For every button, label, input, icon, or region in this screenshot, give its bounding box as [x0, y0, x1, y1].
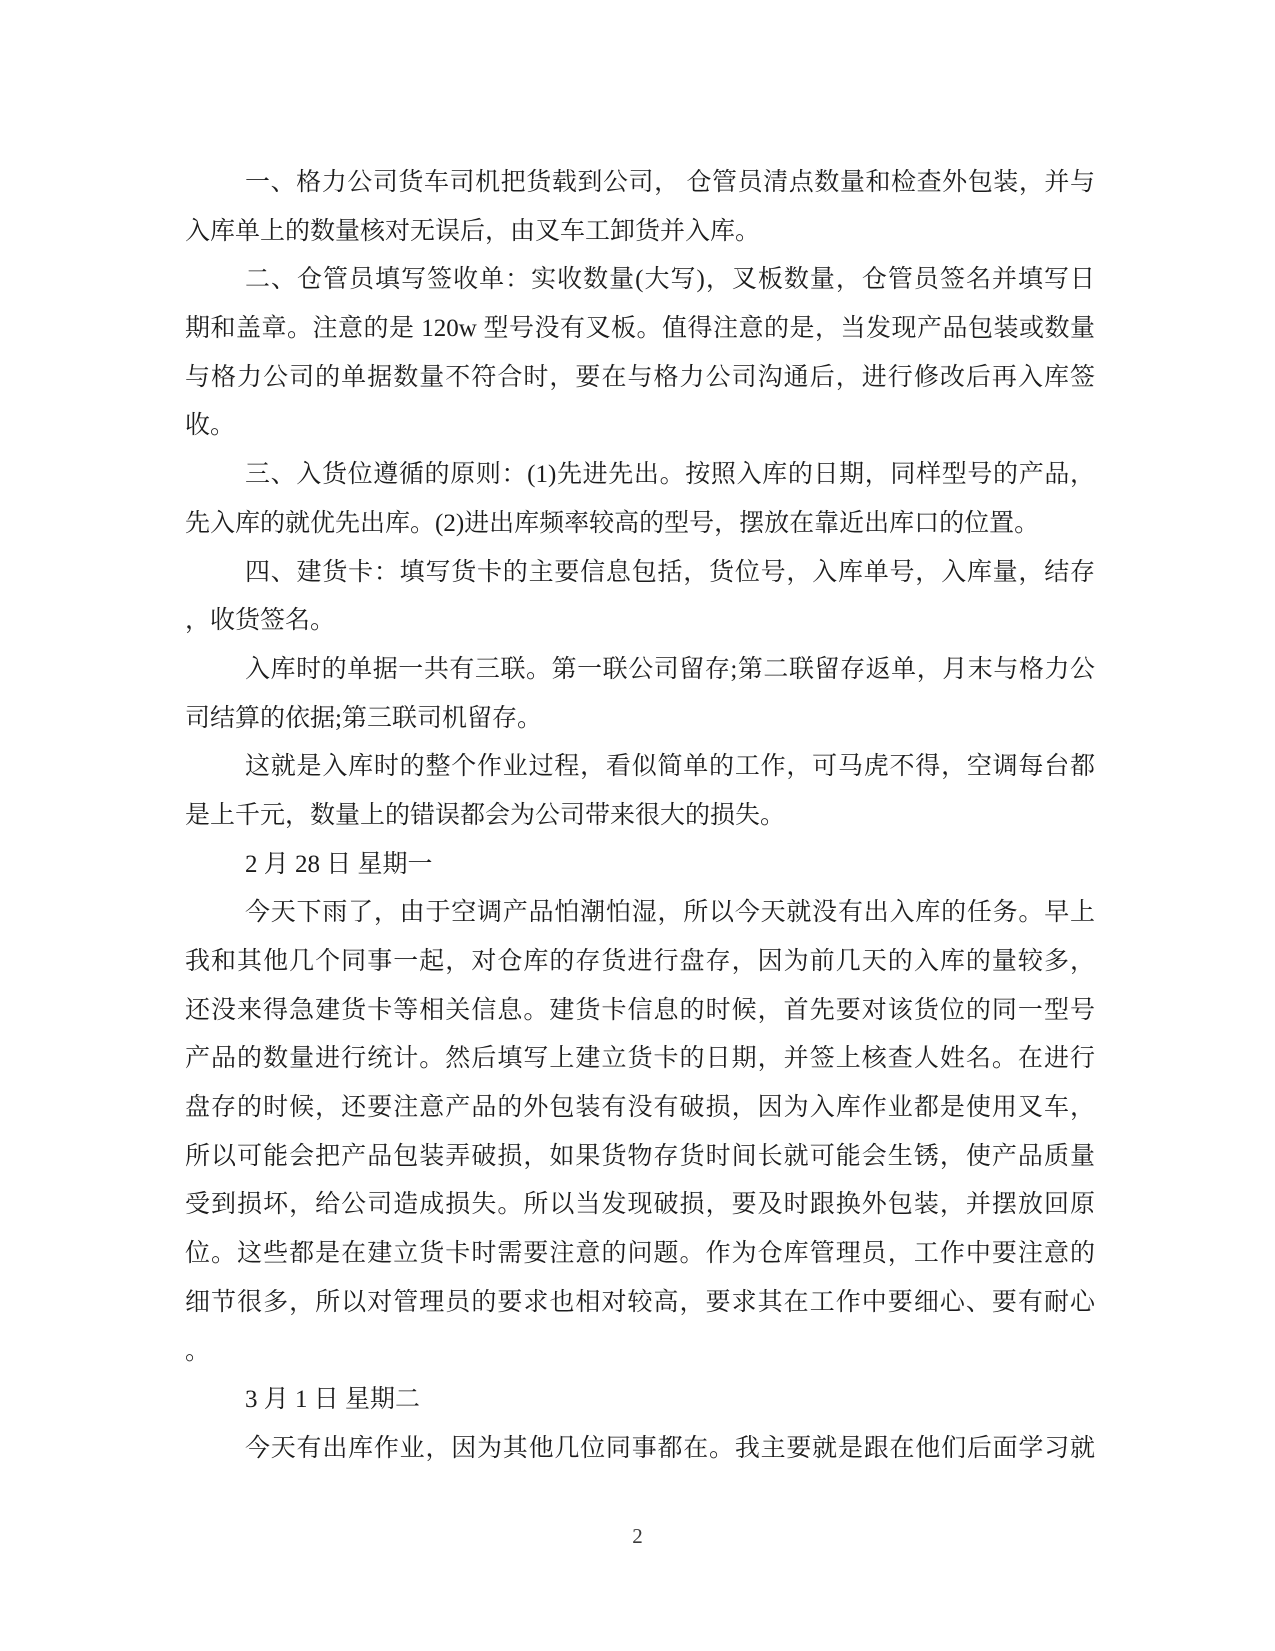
document-body: 一、格力公司货车司机把货载到公司， 仓管员清点数量和检查外包装，并与入库单上的数… [185, 159, 1095, 1474]
text-line: 这就是入库时的整个作业过程，看似简单的工作，可马虎不得，空调每台都 [185, 743, 1095, 792]
text-line: 所以可能会把产品包装弄破损，如果货物存货时间长就可能会生锈，使产品质量 [185, 1133, 1095, 1182]
text-line: 司结算的依据;第三联司机留存。 [185, 695, 1095, 744]
text-line: 2 月 28 日 星期一 [185, 841, 1095, 890]
text-line: 3 月 1 日 星期二 [185, 1376, 1095, 1425]
text-line: 细节很多，所以对管理员的要求也相对较高，要求其在工作中要细心、要有耐心 [185, 1279, 1095, 1328]
text-line: 产品的数量进行统计。然后填写上建立货卡的日期，并签上核查人姓名。在进行 [185, 1035, 1095, 1084]
text-line: 今天下雨了，由于空调产品怕潮怕湿，所以今天就没有出入库的任务。早上 [185, 889, 1095, 938]
text-line: 四、建货卡：填写货卡的主要信息包括，货位号，入库单号，入库量，结存 [185, 549, 1095, 598]
text-line: 受到损坏，给公司造成损失。所以当发现破损，要及时跟换外包装，并摆放回原 [185, 1181, 1095, 1230]
text-line: 期和盖章。注意的是 120w 型号没有叉板。值得注意的是，当发现产品包装或数量 [185, 305, 1095, 354]
text-line: 还没来得急建货卡等相关信息。建货卡信息的时候，首先要对该货位的同一型号 [185, 987, 1095, 1036]
text-line: 与格力公司的单据数量不符合时，要在与格力公司沟通后，进行修改后再入库签 [185, 354, 1095, 403]
text-line: 收。 [185, 402, 1095, 451]
document-page: 一、格力公司货车司机把货载到公司， 仓管员清点数量和检查外包装，并与入库单上的数… [0, 0, 1275, 1651]
text-line: 二、仓管员填写签收单：实收数量(大写)，叉板数量，仓管员签名并填写日 [185, 256, 1095, 305]
text-line: 是上千元，数量上的错误都会为公司带来很大的损失。 [185, 792, 1095, 841]
text-line: 盘存的时候，还要注意产品的外包装有没有破损，因为入库作业都是使用叉车， [185, 1084, 1095, 1133]
text-line: 入库单上的数量核对无误后，由叉车工卸货并入库。 [185, 208, 1095, 257]
text-line: 一、格力公司货车司机把货载到公司， 仓管员清点数量和检查外包装，并与 [185, 159, 1095, 208]
text-line: 入库时的单据一共有三联。第一联公司留存;第二联留存返单，月末与格力公 [185, 646, 1095, 695]
text-line: 先入库的就优先出库。(2)进出库频率较高的型号，摆放在靠近出库口的位置。 [185, 500, 1095, 549]
page-number: 2 [0, 1522, 1275, 1550]
text-line: ，收货签名。 [185, 597, 1095, 646]
text-line: 今天有出库作业，因为其他几位同事都在。我主要就是跟在他们后面学习就 [185, 1425, 1095, 1474]
text-line: 我和其他几个同事一起，对仓库的存货进行盘存，因为前几天的入库的量较多， [185, 938, 1095, 987]
text-line: 位。这些都是在建立货卡时需要注意的问题。作为仓库管理员，工作中要注意的 [185, 1230, 1095, 1279]
text-line: 三、入货位遵循的原则：(1)先进先出。按照入库的日期，同样型号的产品， [185, 451, 1095, 500]
text-line: 。 [185, 1328, 1095, 1377]
